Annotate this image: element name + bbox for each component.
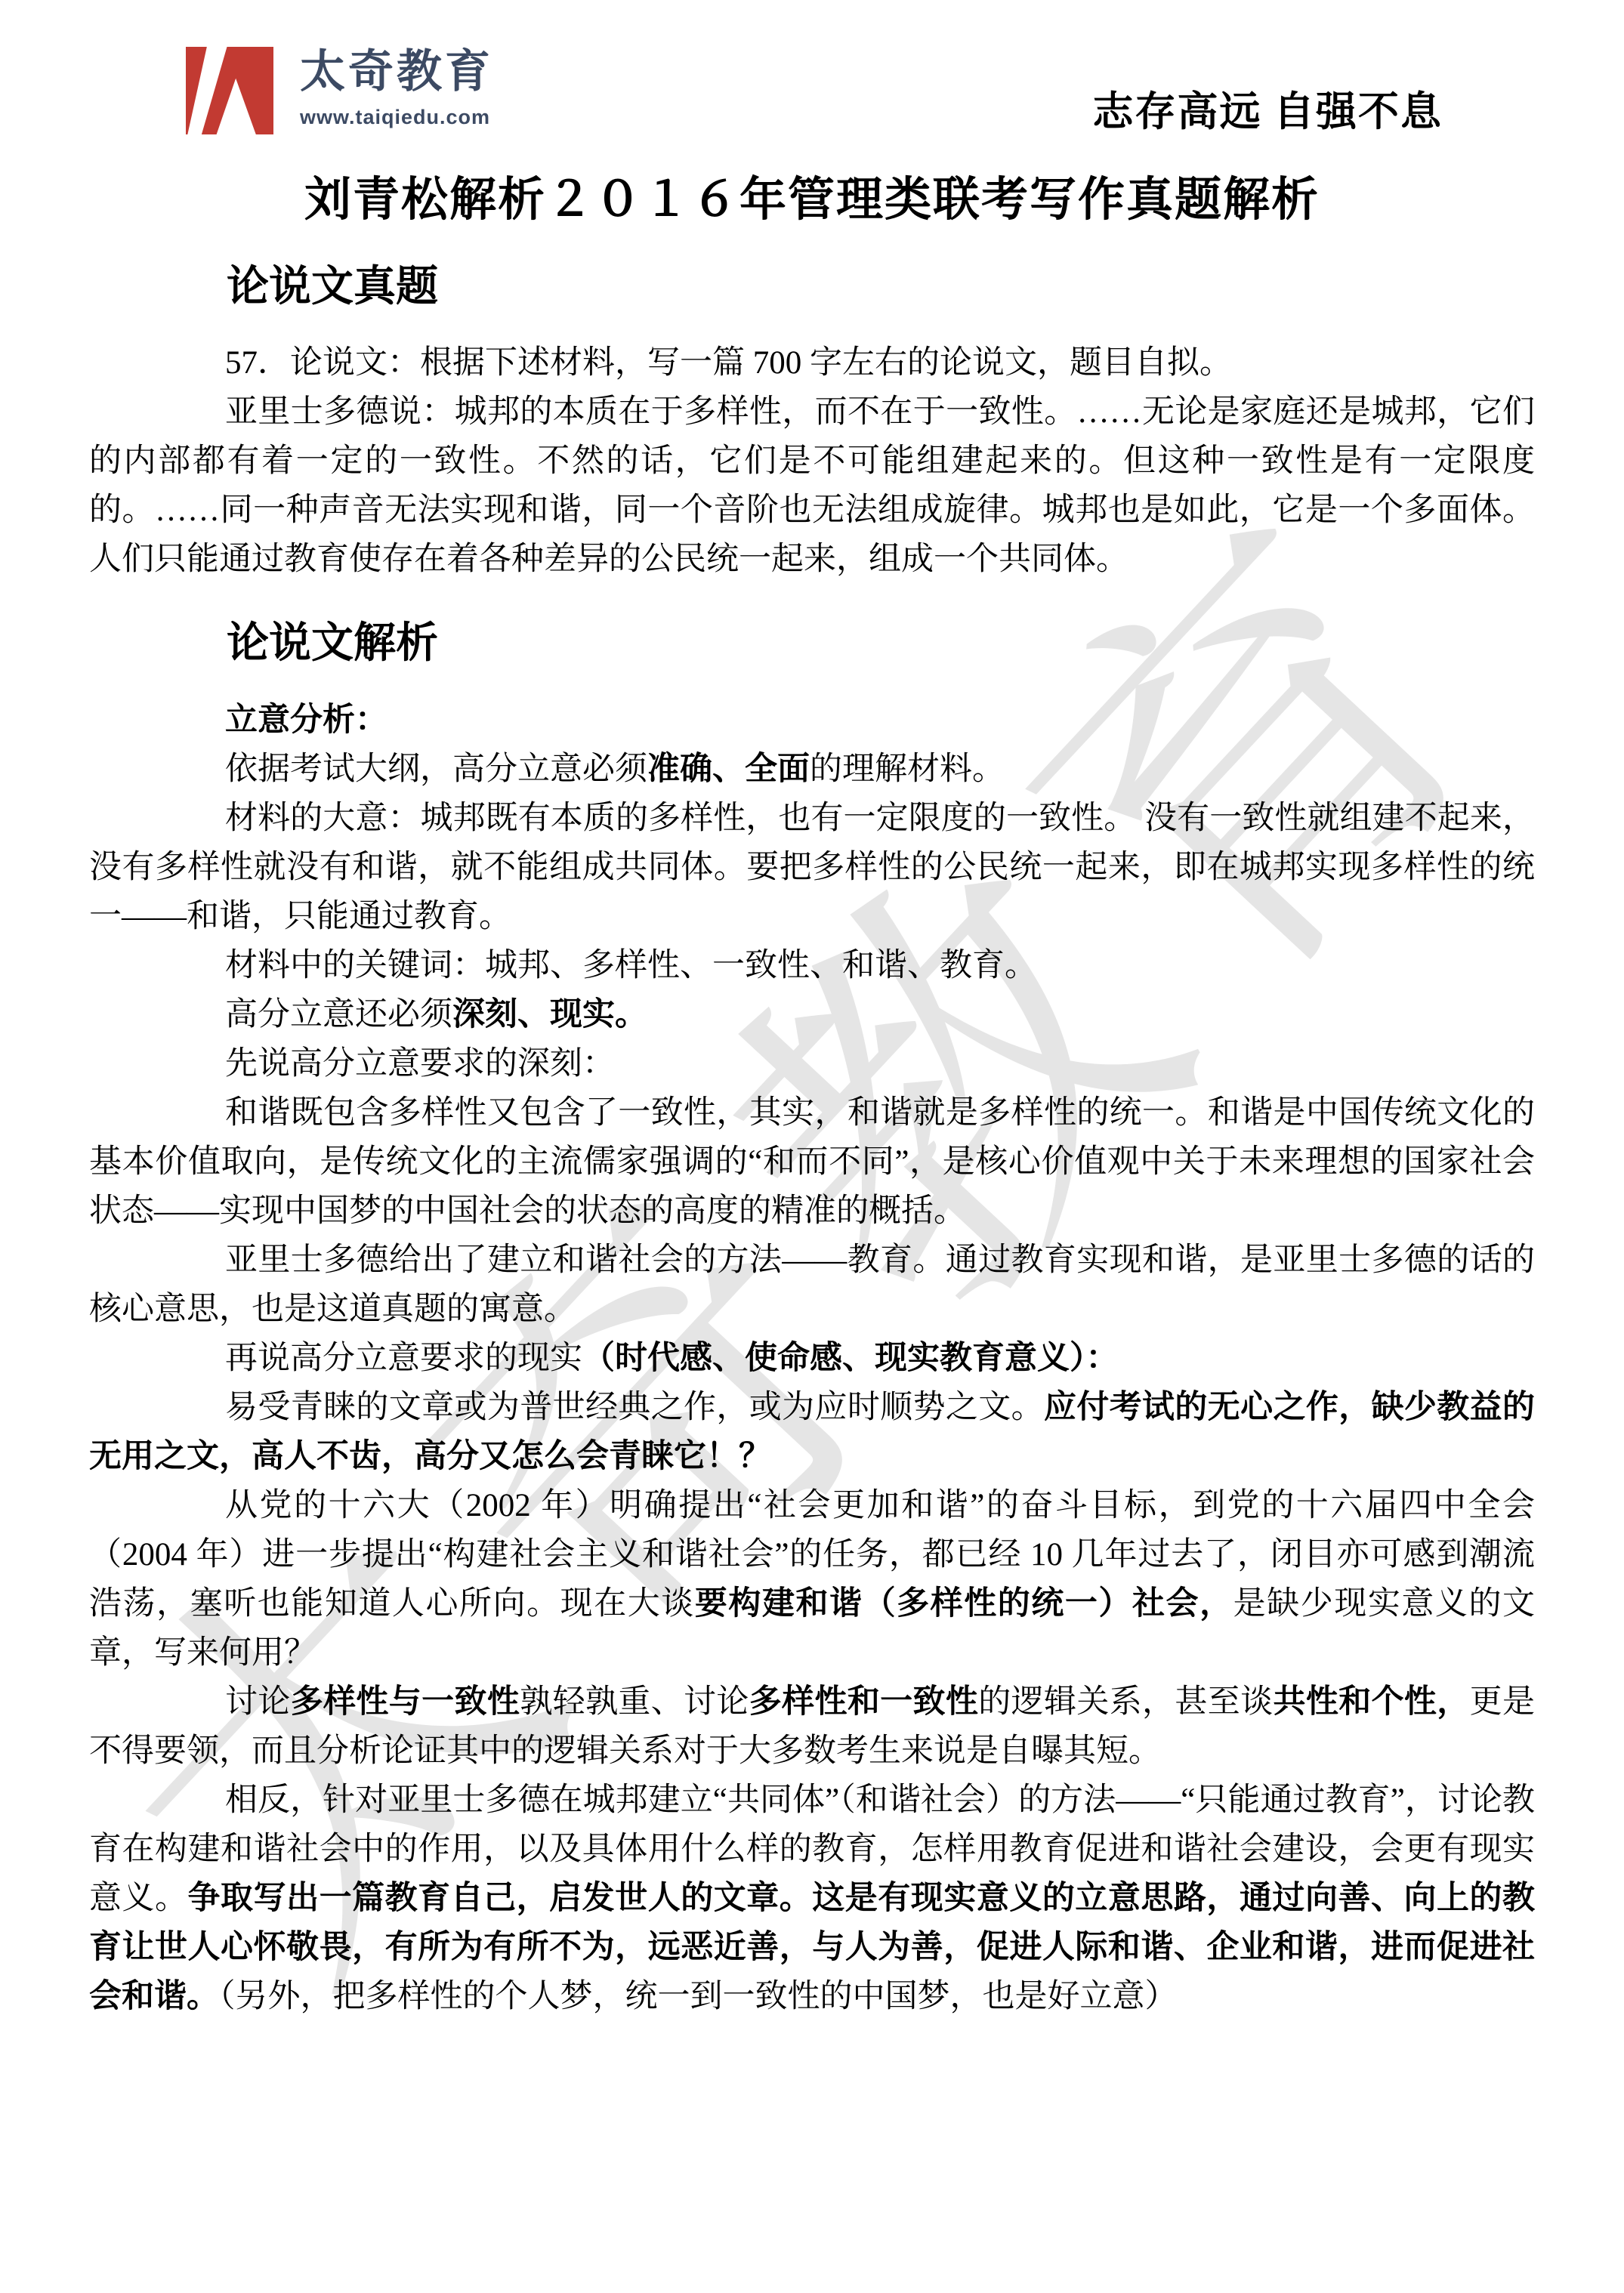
paragraph: 材料中的关键词：城邦、多样性、一致性、和谐、教育。	[89, 941, 1535, 990]
section-heading: 论说文解析	[227, 619, 1535, 669]
paragraph: 和谐既包含多样性又包含了一致性，其实，和谐就是多样性的统一。和谐是中国传统文化的…	[89, 1088, 1535, 1236]
paragraph: 再说高分立意要求的现实（时代感、使命感、现实教育意义）：	[89, 1334, 1535, 1383]
section-heading: 论说文真题	[227, 262, 1535, 313]
text-run: 依据考试大纲，高分立意必须	[225, 751, 647, 787]
bold-text-run: 准确、全面	[647, 751, 810, 787]
text-run: 易受青睐的文章或为普世经典之作，或为应时顺势之文。	[225, 1390, 1044, 1425]
paragraph: 材料的大意：城邦既有本质的多样性，也有一定限度的一致性。 没有一致性就组建不起来…	[89, 794, 1535, 941]
paragraph: 讨论多样性与一致性孰轻孰重、讨论多样性和一致性的逻辑关系，甚至谈共性和个性，更是…	[89, 1677, 1535, 1776]
bold-text-run: （时代感、使命感、现实教育意义）：	[582, 1341, 1119, 1376]
bold-text-run: 要构建和谐（多样性的统一）社会，	[695, 1586, 1233, 1622]
text-run: 和谐既包含多样性又包含了一致性，其实，和谐就是多样性的统一。和谐是中国传统文化的…	[89, 1095, 1535, 1229]
document-body: 论说文真题57．论说文：根据下述材料，写一篇 700 字左右的论说文，题目自拟。…	[89, 262, 1535, 2020]
bold-text-run: 多样性与一致性	[291, 1684, 520, 1720]
paragraph: 相反，针对亚里士多德在城邦建立“共同体”（和谐社会）的方法——“只能通过教育”，…	[89, 1776, 1535, 2021]
text-run: 讨论	[225, 1684, 291, 1720]
bold-text-run: 立意分析：	[225, 702, 387, 738]
paragraph: 亚里士多德说：城邦的本质在于多样性，而不在于一致性。……无论是家庭还是城邦，它们…	[89, 387, 1535, 584]
text-run: 材料的大意：城邦既有本质的多样性，也有一定限度的一致性。 没有一致性就组建不起来…	[89, 801, 1535, 934]
text-run: 高分立意还必须	[225, 997, 452, 1032]
paragraph: 立意分析：	[89, 696, 1535, 745]
logo-text-block: 太奇教育 www.taiqiedu.com	[300, 47, 493, 128]
text-run: 亚里士多德给出了建立和谐社会的方法——教育。通过教育实现和谐，是亚里士多德的话的…	[89, 1242, 1535, 1327]
text-run: 亚里士多德说：城邦的本质在于多样性，而不在于一致性。……无论是家庭还是城邦，它们…	[89, 394, 1535, 577]
text-run: （另外，把多样性的个人梦，统一到一致性的中国梦，也是好立意）	[219, 1979, 1178, 2014]
page-header: 太奇教育 www.taiqiedu.com 志存高远 自强不息	[0, 0, 1624, 134]
page-title: 刘青松解析２０１６年管理类联考写作真题解析	[89, 174, 1535, 227]
paragraph: 先说高分立意要求的深刻：	[89, 1039, 1535, 1088]
text-run: 再说高分立意要求的现实	[225, 1341, 582, 1376]
text-run: 孰轻孰重、讨论	[520, 1684, 749, 1720]
paragraph: 亚里士多德给出了建立和谐社会的方法——教育。通过教育实现和谐，是亚里士多德的话的…	[89, 1236, 1535, 1334]
paragraph: 依据考试大纲，高分立意必须准确、全面的理解材料。	[89, 745, 1535, 794]
header-slogan: 志存高远 自强不息	[1093, 90, 1443, 134]
brand-website: www.taiqiedu.com	[300, 107, 493, 128]
document-page: 太 奇 教 育 太奇教育 www.taiqiedu.com 志存高远 自强不息 …	[0, 0, 1624, 2293]
taiqi-logo-icon	[185, 47, 274, 134]
paragraph: 易受青睐的文章或为普世经典之作，或为应时顺势之文。应付考试的无心之作，缺少教益的…	[89, 1383, 1535, 1481]
brand-name: 太奇教育	[300, 47, 493, 97]
bold-text-run: 共性和个性，	[1274, 1684, 1470, 1720]
bold-text-run: 多样性和一致性	[749, 1684, 979, 1720]
text-run: 先说高分立意要求的深刻：	[225, 1046, 615, 1082]
text-run: 57．论说文：根据下述材料，写一篇 700 字左右的论说文，题目自拟。	[225, 345, 1232, 381]
paragraph: 57．论说文：根据下述材料，写一篇 700 字左右的论说文，题目自拟。	[89, 338, 1535, 387]
bold-text-run: 深刻、现实。	[452, 997, 647, 1032]
taiqi-logo: 太奇教育 www.taiqiedu.com	[185, 47, 493, 134]
text-run: 的理解材料。	[810, 751, 1005, 787]
text-run: 材料中的关键词：城邦、多样性、一致性、和谐、教育。	[225, 948, 1037, 983]
text-run: 的逻辑关系，甚至谈	[978, 1684, 1273, 1720]
paragraph: 高分立意还必须深刻、现实。	[89, 990, 1535, 1039]
document-content: 刘青松解析２０１６年管理类联考写作真题解析 论说文真题57．论说文：根据下述材料…	[0, 174, 1624, 2021]
paragraph: 从党的十六大（2002 年）明确提出“社会更加和谐”的奋斗目标，到党的十六届四中…	[89, 1481, 1535, 1677]
